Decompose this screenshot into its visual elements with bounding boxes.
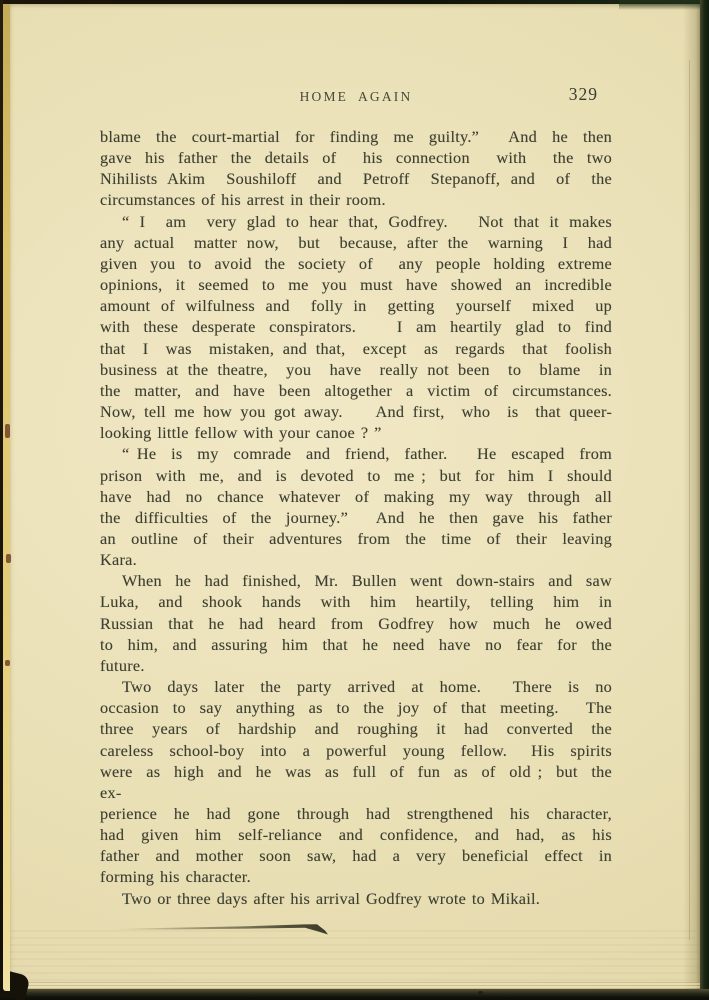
foxing-speck	[5, 424, 10, 438]
text-line: Nihilists Akim Soushiloff and Petroff St…	[100, 168, 612, 189]
paragraph: “ He is my comrade and friend, father. H…	[100, 443, 612, 570]
cover-edge-bottom	[0, 989, 709, 1000]
page-body: blame the court-martial for finding me g…	[100, 126, 612, 909]
text-line: careless school-boy into a powerful youn…	[100, 740, 612, 761]
text-line: Kara.	[100, 549, 612, 570]
text-line: “ He is my comrade and friend, father. H…	[100, 443, 612, 464]
paragraph: When he had finished, Mr. Bullen went do…	[100, 570, 612, 676]
text-line: looking little fellow with your canoe ? …	[100, 422, 612, 443]
text-line: any actual matter now, but because, afte…	[100, 232, 612, 253]
text-line: blame the court-martial for finding me g…	[100, 126, 612, 147]
cover-edge-top-right	[619, 0, 709, 10]
text-line: gave his father the details of his conne…	[100, 147, 612, 168]
text-line: father and mother soon saw, had a very b…	[100, 845, 612, 866]
text-line: have had no chance whatever of making my…	[100, 486, 612, 507]
book-scan: HOME AGAIN 329 blame the court-martial f…	[0, 0, 709, 1000]
text-line: Two days later the party arrived at home…	[100, 676, 612, 697]
cover-edge-right	[700, 0, 709, 1000]
dust-speck	[478, 991, 483, 995]
text-line: occasion to say anything as to the joy o…	[100, 697, 612, 718]
text-line: to him, and assuring him that he need ha…	[100, 634, 612, 655]
running-header: HOME AGAIN 329	[100, 87, 612, 107]
text-line: an outline of their adventures from the …	[100, 528, 612, 549]
page-number: 329	[569, 84, 598, 105]
text-line: were as high and he was as full of fun a…	[100, 761, 612, 803]
text-line: the matter, and have been altogether a v…	[100, 380, 612, 401]
text-line: opinions, it seemed to me you must have …	[100, 274, 612, 295]
text-line: forming his character.	[100, 866, 612, 887]
text-line: Russian that he had heard from Godfrey h…	[100, 613, 612, 634]
text-line: three years of hardship and roughing it …	[100, 718, 612, 739]
text-line: future.	[100, 655, 612, 676]
text-line: prison with me, and is devoted to me ; b…	[100, 465, 612, 486]
text-line: with these desperate conspirators. I am …	[100, 316, 612, 337]
text-line: When he had finished, Mr. Bullen went do…	[100, 570, 612, 591]
text-line: given you to avoid the society of any pe…	[100, 253, 612, 274]
text-line: the difficulties of the journey.” And he…	[100, 507, 612, 528]
cover-edge-top	[0, 0, 709, 4]
running-title: HOME AGAIN	[100, 89, 612, 105]
text-line: business at the theatre, you have really…	[100, 359, 612, 380]
text-line: Two or three days after his arrival Godf…	[100, 888, 612, 909]
paragraph: Two days later the party arrived at home…	[100, 676, 612, 888]
text-line: Now, tell me how you got away. And first…	[100, 401, 612, 422]
text-line: Luka, and shook hands with him heartily,…	[100, 591, 612, 612]
gilt-page-edge	[3, 4, 10, 991]
text-line: that I was mistaken, and that, except as…	[100, 338, 612, 359]
text-line: perience he had gone through had strengt…	[100, 803, 612, 824]
page-crease	[108, 922, 340, 938]
paragraph: blame the court-martial for finding me g…	[100, 126, 612, 211]
page-right-shadow	[683, 3, 701, 991]
text-line: circumstances of his arrest in their roo…	[100, 189, 612, 210]
foxing-speck	[6, 554, 11, 563]
text-line: had given him self-reliance and confiden…	[100, 824, 612, 845]
text-line: “ I am very glad to hear that, Godfrey. …	[100, 211, 612, 232]
paragraph: “ I am very glad to hear that, Godfrey. …	[100, 211, 612, 444]
paragraph: Two or three days after his arrival Godf…	[100, 888, 612, 909]
text-line: amount of wilfulness and folly in gettin…	[100, 295, 612, 316]
page-edge-line	[689, 60, 690, 940]
foxing-speck	[5, 660, 10, 666]
